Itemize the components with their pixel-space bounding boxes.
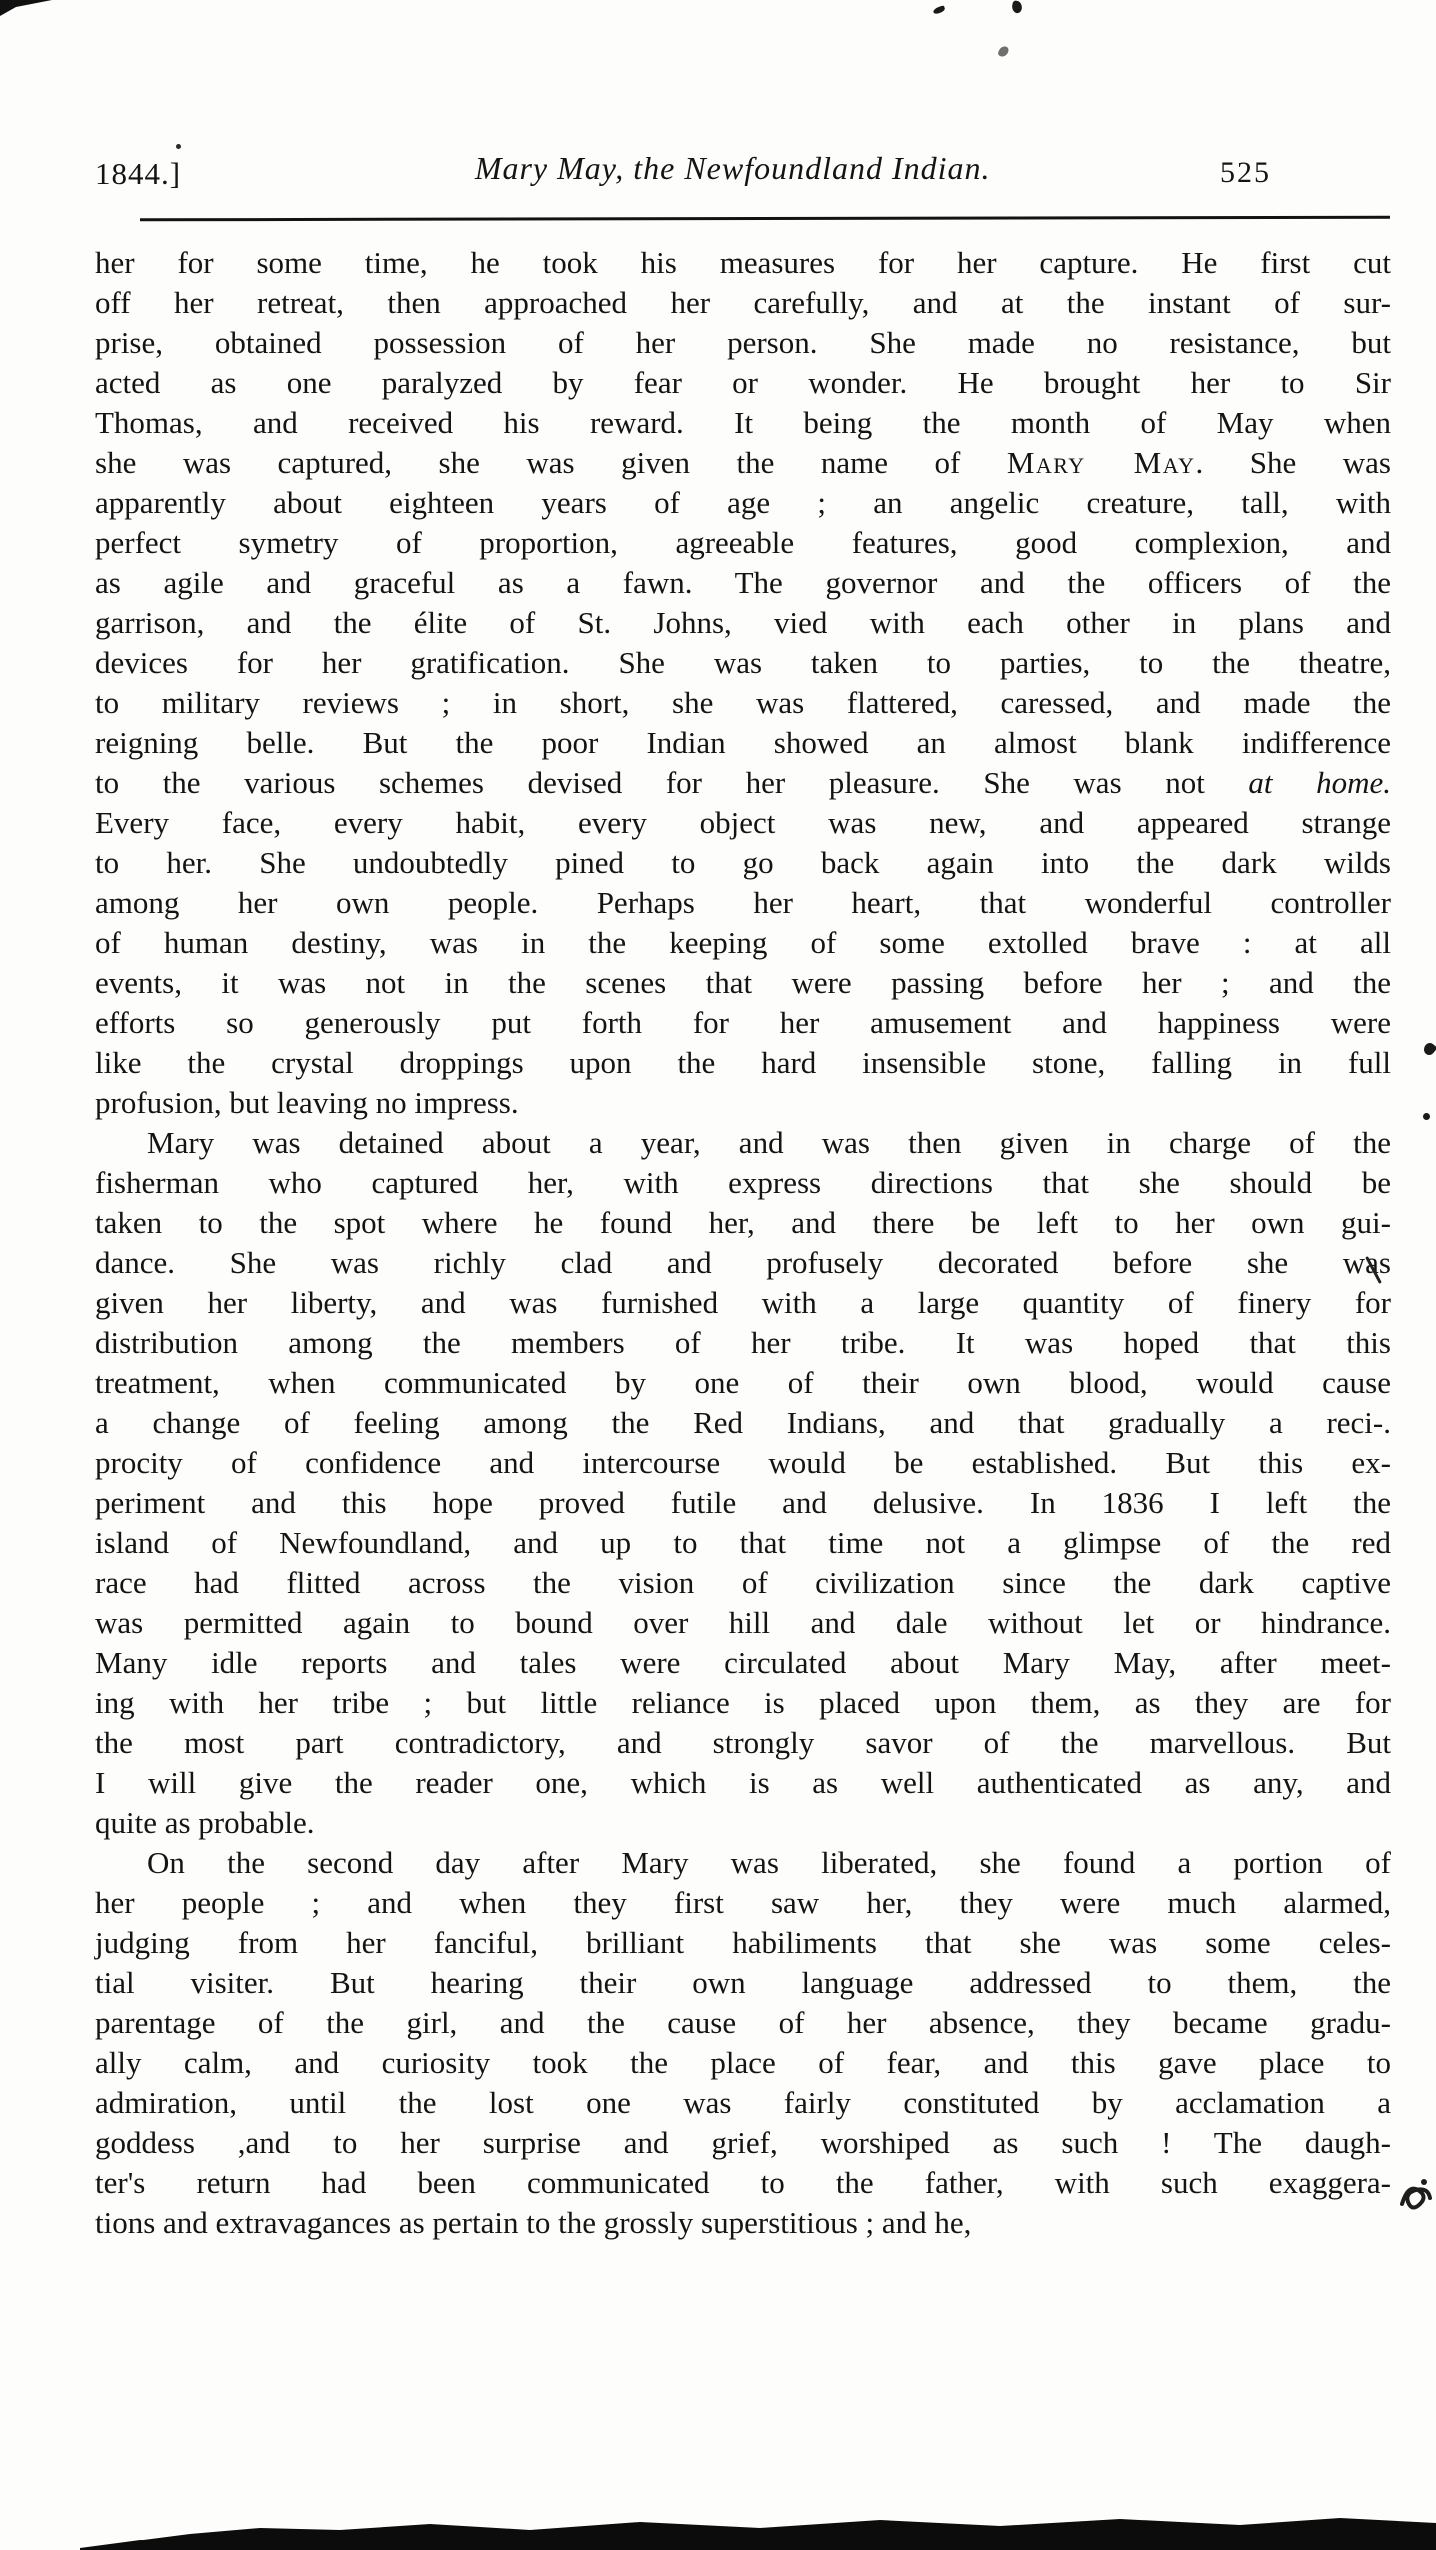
running-header: 1844.] Mary May, the Newfoundland Indian… <box>95 150 1391 202</box>
text-line: her people ; and when they first saw her… <box>95 1883 1391 1923</box>
text-segment: judging from her fanciful, brilliant hab… <box>95 1925 1391 1960</box>
paragraph: On the second day after Mary was liberat… <box>95 1843 1391 2243</box>
text-line: the most part contradictory, and strongl… <box>95 1723 1391 1763</box>
text-segment: among her own people. Perhaps her heart,… <box>95 885 1391 920</box>
text-segment: prise, obtained possession of her person… <box>95 325 1391 360</box>
text-line: a change of feeling among the Red Indian… <box>95 1403 1391 1443</box>
text-line: as agile and graceful as a fawn. The gov… <box>95 563 1391 603</box>
text-line: she was captured, she was given the name… <box>95 443 1391 483</box>
text-line: judging from her fanciful, brilliant hab… <box>95 1923 1391 1963</box>
paragraph: her for some time, he took his measures … <box>95 243 1391 1123</box>
text-segment: she was captured, she was given the name… <box>95 445 1007 480</box>
text-segment: taken to the spot where he found her, an… <box>95 1205 1391 1240</box>
text-line: events, it was not in the scenes that we… <box>95 963 1391 1003</box>
text-line: distribution among the members of her tr… <box>95 1323 1391 1363</box>
text-segment: tial visiter. But hearing their own lang… <box>95 1965 1391 2000</box>
text-segment: goddess ,and to her surprise and grief, … <box>95 2125 1391 2160</box>
text-segment: admiration, until the lost one was fairl… <box>95 2085 1391 2120</box>
text-segment: her people ; and when they first saw her… <box>95 1885 1391 1920</box>
text-segment: was permitted again to bound over hill a… <box>95 1605 1391 1640</box>
text-line: profusion, but leaving no impress. <box>95 1083 1391 1123</box>
text-segment: Mary was detained about a year, and was … <box>147 1125 1391 1160</box>
text-line: taken to the spot where he found her, an… <box>95 1203 1391 1243</box>
text-segment: efforts so generously put forth for her … <box>95 1005 1391 1040</box>
text-segment: parentage of the girl, and the cause of … <box>95 2005 1391 2040</box>
text-line: dance. She was richly clad and profusely… <box>95 1243 1391 1283</box>
text-segment: Mary May <box>1007 445 1196 480</box>
text-segment: off her retreat, then approached her car… <box>95 285 1391 320</box>
ink-speck-icon <box>932 5 945 14</box>
text-line: On the second day after Mary was liberat… <box>95 1843 1391 1883</box>
text-segment: events, it was not in the scenes that we… <box>95 965 1391 1000</box>
page-body-text: her for some time, he took his measures … <box>95 243 1391 2243</box>
text-segment: quite as probable. <box>95 1805 315 1840</box>
text-segment: island of Newfoundland, and up to that t… <box>95 1525 1391 1560</box>
text-segment: devices for her gratification. She was t… <box>95 645 1391 680</box>
text-line: her for some time, he took his measures … <box>95 243 1391 283</box>
text-segment: On the second day after Mary was liberat… <box>147 1845 1391 1880</box>
text-line: tions and extravagances as pertain to th… <box>95 2203 1391 2243</box>
text-line: I will give the reader one, which is as … <box>95 1763 1391 1803</box>
text-segment: the most part contradictory, and strongl… <box>95 1725 1391 1760</box>
text-segment: procity of confidence and intercourse wo… <box>95 1445 1391 1480</box>
text-segment: Every face, every habit, every object wa… <box>95 805 1391 840</box>
text-line: goddess ,and to her surprise and grief, … <box>95 2123 1391 2163</box>
text-line: efforts so generously put forth for her … <box>95 1003 1391 1043</box>
text-line: like the crystal droppings upon the hard… <box>95 1043 1391 1083</box>
text-segment: fisherman who captured her, with express… <box>95 1165 1391 1200</box>
text-segment: like the crystal droppings upon the hard… <box>95 1045 1391 1080</box>
ink-speck-icon <box>1011 0 1023 14</box>
text-segment: reigning belle. But the poor Indian show… <box>95 725 1391 760</box>
text-segment: of human destiny, was in the keeping of … <box>95 925 1391 960</box>
ink-speck-icon <box>1423 1113 1430 1120</box>
corner-ink-wedge-icon <box>0 0 60 20</box>
text-line: fisherman who captured her, with express… <box>95 1163 1391 1203</box>
ink-speck-icon <box>176 144 181 149</box>
text-segment: a change of feeling among the Red Indian… <box>95 1405 1391 1440</box>
scanned-page: 1844.] Mary May, the Newfoundland Indian… <box>0 0 1436 2550</box>
text-line: Many idle reports and tales were circula… <box>95 1643 1391 1683</box>
text-line: procity of confidence and intercourse wo… <box>95 1443 1391 1483</box>
text-line: Thomas, and received his reward. It bein… <box>95 403 1391 443</box>
text-line: of human destiny, was in the keeping of … <box>95 923 1391 963</box>
text-line: prise, obtained possession of her person… <box>95 323 1391 363</box>
text-line: garrison, and the élite of St. Johns, vi… <box>95 603 1391 643</box>
paragraph: Mary was detained about a year, and was … <box>95 1123 1391 1843</box>
text-line: apparently about eighteen years of age ;… <box>95 483 1391 523</box>
text-line: to the various schemes devised for her p… <box>95 763 1391 803</box>
text-line: devices for her gratification. She was t… <box>95 643 1391 683</box>
text-line: island of Newfoundland, and up to that t… <box>95 1523 1391 1563</box>
text-line: quite as probable. <box>95 1803 1391 1843</box>
text-segment: I will give the reader one, which is as … <box>95 1765 1391 1800</box>
text-segment: perfect symetry of proportion, agreeable… <box>95 525 1391 560</box>
text-line: race had flitted across the vision of ci… <box>95 1563 1391 1603</box>
text-segment: profusion, but leaving no impress. <box>95 1085 519 1120</box>
text-segment: race had flitted across the vision of ci… <box>95 1565 1391 1600</box>
text-segment: given her liberty, and was furnished wit… <box>95 1285 1391 1320</box>
text-segment: to her. She undoubtedly pined to go back… <box>95 845 1391 880</box>
header-page-number: 525 <box>1220 156 1271 190</box>
text-line: given her liberty, and was furnished wit… <box>95 1283 1391 1323</box>
text-segment: at home. <box>1248 765 1391 800</box>
text-segment: to military reviews ; in short, she was … <box>95 685 1391 720</box>
text-segment: Many idle reports and tales were circula… <box>95 1645 1391 1680</box>
text-segment: ter's return had been communicated to th… <box>95 2165 1391 2200</box>
text-line: off her retreat, then approached her car… <box>95 283 1391 323</box>
text-line: treatment, when communicated by one of t… <box>95 1363 1391 1403</box>
text-line: ing with her tribe ; but little reliance… <box>95 1683 1391 1723</box>
text-line: to her. She undoubtedly pined to go back… <box>95 843 1391 883</box>
text-segment: her for some time, he took his measures … <box>95 245 1391 280</box>
header-year: 1844.] <box>95 156 181 192</box>
scan-edge-bar <box>0 2516 1436 2550</box>
header-rule <box>140 216 1390 222</box>
text-line: was permitted again to bound over hill a… <box>95 1603 1391 1643</box>
text-segment: acted as one paralyzed by fear or wonder… <box>95 365 1391 400</box>
text-line: acted as one paralyzed by fear or wonder… <box>95 363 1391 403</box>
ink-speck-icon <box>1421 1041 1436 1057</box>
text-segment: to the various schemes devised for her p… <box>95 765 1248 800</box>
text-line: Every face, every habit, every object wa… <box>95 803 1391 843</box>
text-segment: ally calm, and curiosity took the place … <box>95 2045 1391 2080</box>
text-line: to military reviews ; in short, she was … <box>95 683 1391 723</box>
ink-squiggle-icon <box>1396 2168 1436 2216</box>
text-segment: garrison, and the élite of St. Johns, vi… <box>95 605 1391 640</box>
text-segment: distribution among the members of her tr… <box>95 1325 1391 1360</box>
text-segment: apparently about eighteen years of age ;… <box>95 485 1391 520</box>
text-segment: dance. She was richly clad and profusely… <box>95 1245 1391 1280</box>
text-line: Mary was detained about a year, and was … <box>95 1123 1391 1163</box>
text-line: periment and this hope proved futile and… <box>95 1483 1391 1523</box>
text-line: among her own people. Perhaps her heart,… <box>95 883 1391 923</box>
text-segment: tions and extravagances as pertain to th… <box>95 2205 971 2240</box>
header-title: Mary May, the Newfoundland Indian. <box>475 150 991 187</box>
text-line: tial visiter. But hearing their own lang… <box>95 1963 1391 2003</box>
text-line: admiration, until the lost one was fairl… <box>95 2083 1391 2123</box>
text-segment: periment and this hope proved futile and… <box>95 1485 1391 1520</box>
text-line: ally calm, and curiosity took the place … <box>95 2043 1391 2083</box>
text-line: ter's return had been communicated to th… <box>95 2163 1391 2203</box>
ink-speck-icon <box>997 45 1010 59</box>
text-segment: as agile and graceful as a fawn. The gov… <box>95 565 1391 600</box>
text-line: reigning belle. But the poor Indian show… <box>95 723 1391 763</box>
text-segment: ing with her tribe ; but little reliance… <box>95 1685 1391 1720</box>
text-segment: . She was <box>1196 445 1392 480</box>
text-segment: treatment, when communicated by one of t… <box>95 1365 1391 1400</box>
text-segment: Thomas, and received his reward. It bein… <box>95 405 1391 440</box>
text-line: parentage of the girl, and the cause of … <box>95 2003 1391 2043</box>
text-line: perfect symetry of proportion, agreeable… <box>95 523 1391 563</box>
